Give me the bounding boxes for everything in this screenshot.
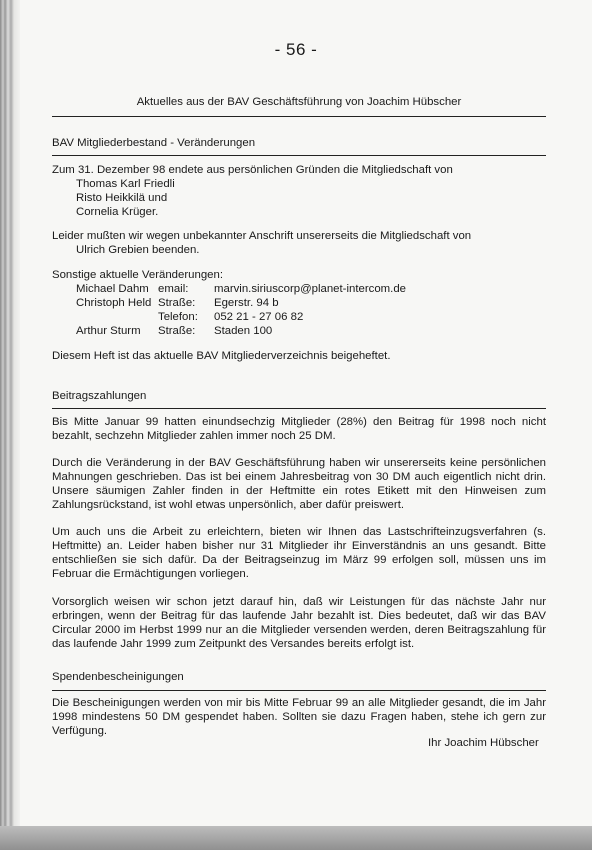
- table-row: Telefon: 052 21 - 27 06 82: [76, 310, 406, 324]
- table-row: Michael Dahm email: marvin.siriuscorp@pl…: [76, 282, 406, 296]
- table-row: Christoph Held Straße: Egerstr. 94 b: [76, 296, 406, 310]
- header-rule: [52, 116, 546, 117]
- field-value: Egerstr. 94 b: [214, 296, 406, 310]
- field-label: Straße:: [158, 324, 214, 338]
- section-rule: [52, 690, 546, 691]
- member-name: Arthur Sturm: [76, 324, 158, 338]
- changes-block: Sonstige aktuelle Veränderungen: Michael…: [52, 268, 546, 338]
- payments-paragraph: Um auch uns die Arbeit zu erleichtern, b…: [52, 525, 546, 581]
- section-rule: [52, 408, 546, 409]
- donations-paragraph: Die Bescheinigungen werden von mir bis M…: [52, 696, 546, 738]
- section-rule: [52, 155, 546, 156]
- payments-paragraph: Bis Mitte Januar 99 hatten einundsechzig…: [52, 415, 546, 443]
- page-header: Aktuelles aus der BAV Geschäftsführung v…: [52, 96, 546, 108]
- unknown-address-intro: Leider mußten wir wegen unbekannter Ansc…: [52, 229, 546, 243]
- field-label: email:: [158, 282, 214, 296]
- payments-paragraph: Vorsorglich weisen wir schon jetzt darau…: [52, 595, 546, 651]
- resigned-paragraph: Zum 31. Dezember 98 endete aus persönlic…: [52, 163, 546, 219]
- page-binding-edge: [0, 0, 20, 828]
- changes-table: Michael Dahm email: marvin.siriuscorp@pl…: [76, 282, 406, 338]
- section-title-donations: Spendenbescheinigungen: [52, 671, 184, 683]
- page-number: - 56 -: [0, 40, 592, 60]
- member-name: Christoph Held: [76, 296, 158, 310]
- field-value: 052 21 - 27 06 82: [214, 310, 406, 324]
- resigned-intro: Zum 31. Dezember 98 endete aus persönlic…: [52, 163, 546, 177]
- field-value: marvin.siriuscorp@planet-intercom.de: [214, 282, 406, 296]
- resigned-name: Risto Heikkilä und: [52, 191, 546, 205]
- field-value: Staden 100: [214, 324, 406, 338]
- member-name: [76, 310, 158, 324]
- document-page: - 56 - Aktuelles aus der BAV Geschäftsfü…: [0, 0, 592, 828]
- changes-intro: Sonstige aktuelle Veränderungen:: [52, 268, 546, 282]
- section-title-payments: Beitragszahlungen: [52, 390, 146, 402]
- section-title-membership: BAV Mitgliederbestand - Veränderungen: [52, 137, 255, 149]
- payments-paragraph: Durch die Veränderung in der BAV Geschäf…: [52, 456, 546, 512]
- resigned-name: Thomas Karl Friedli: [52, 177, 546, 191]
- field-label: Telefon:: [158, 310, 214, 324]
- unknown-address-paragraph: Leider mußten wir wegen unbekannter Ansc…: [52, 229, 546, 257]
- directory-note: Diesem Heft ist das aktuelle BAV Mitglie…: [52, 349, 546, 363]
- resigned-name: Cornelia Krüger.: [52, 205, 546, 219]
- field-label: Straße:: [158, 296, 214, 310]
- unknown-address-name: Ulrich Grebien beenden.: [52, 243, 546, 257]
- scan-bottom-edge: [0, 826, 592, 850]
- member-name: Michael Dahm: [76, 282, 158, 296]
- signature: Ihr Joachim Hübscher: [428, 737, 539, 749]
- table-row: Arthur Sturm Straße: Staden 100: [76, 324, 406, 338]
